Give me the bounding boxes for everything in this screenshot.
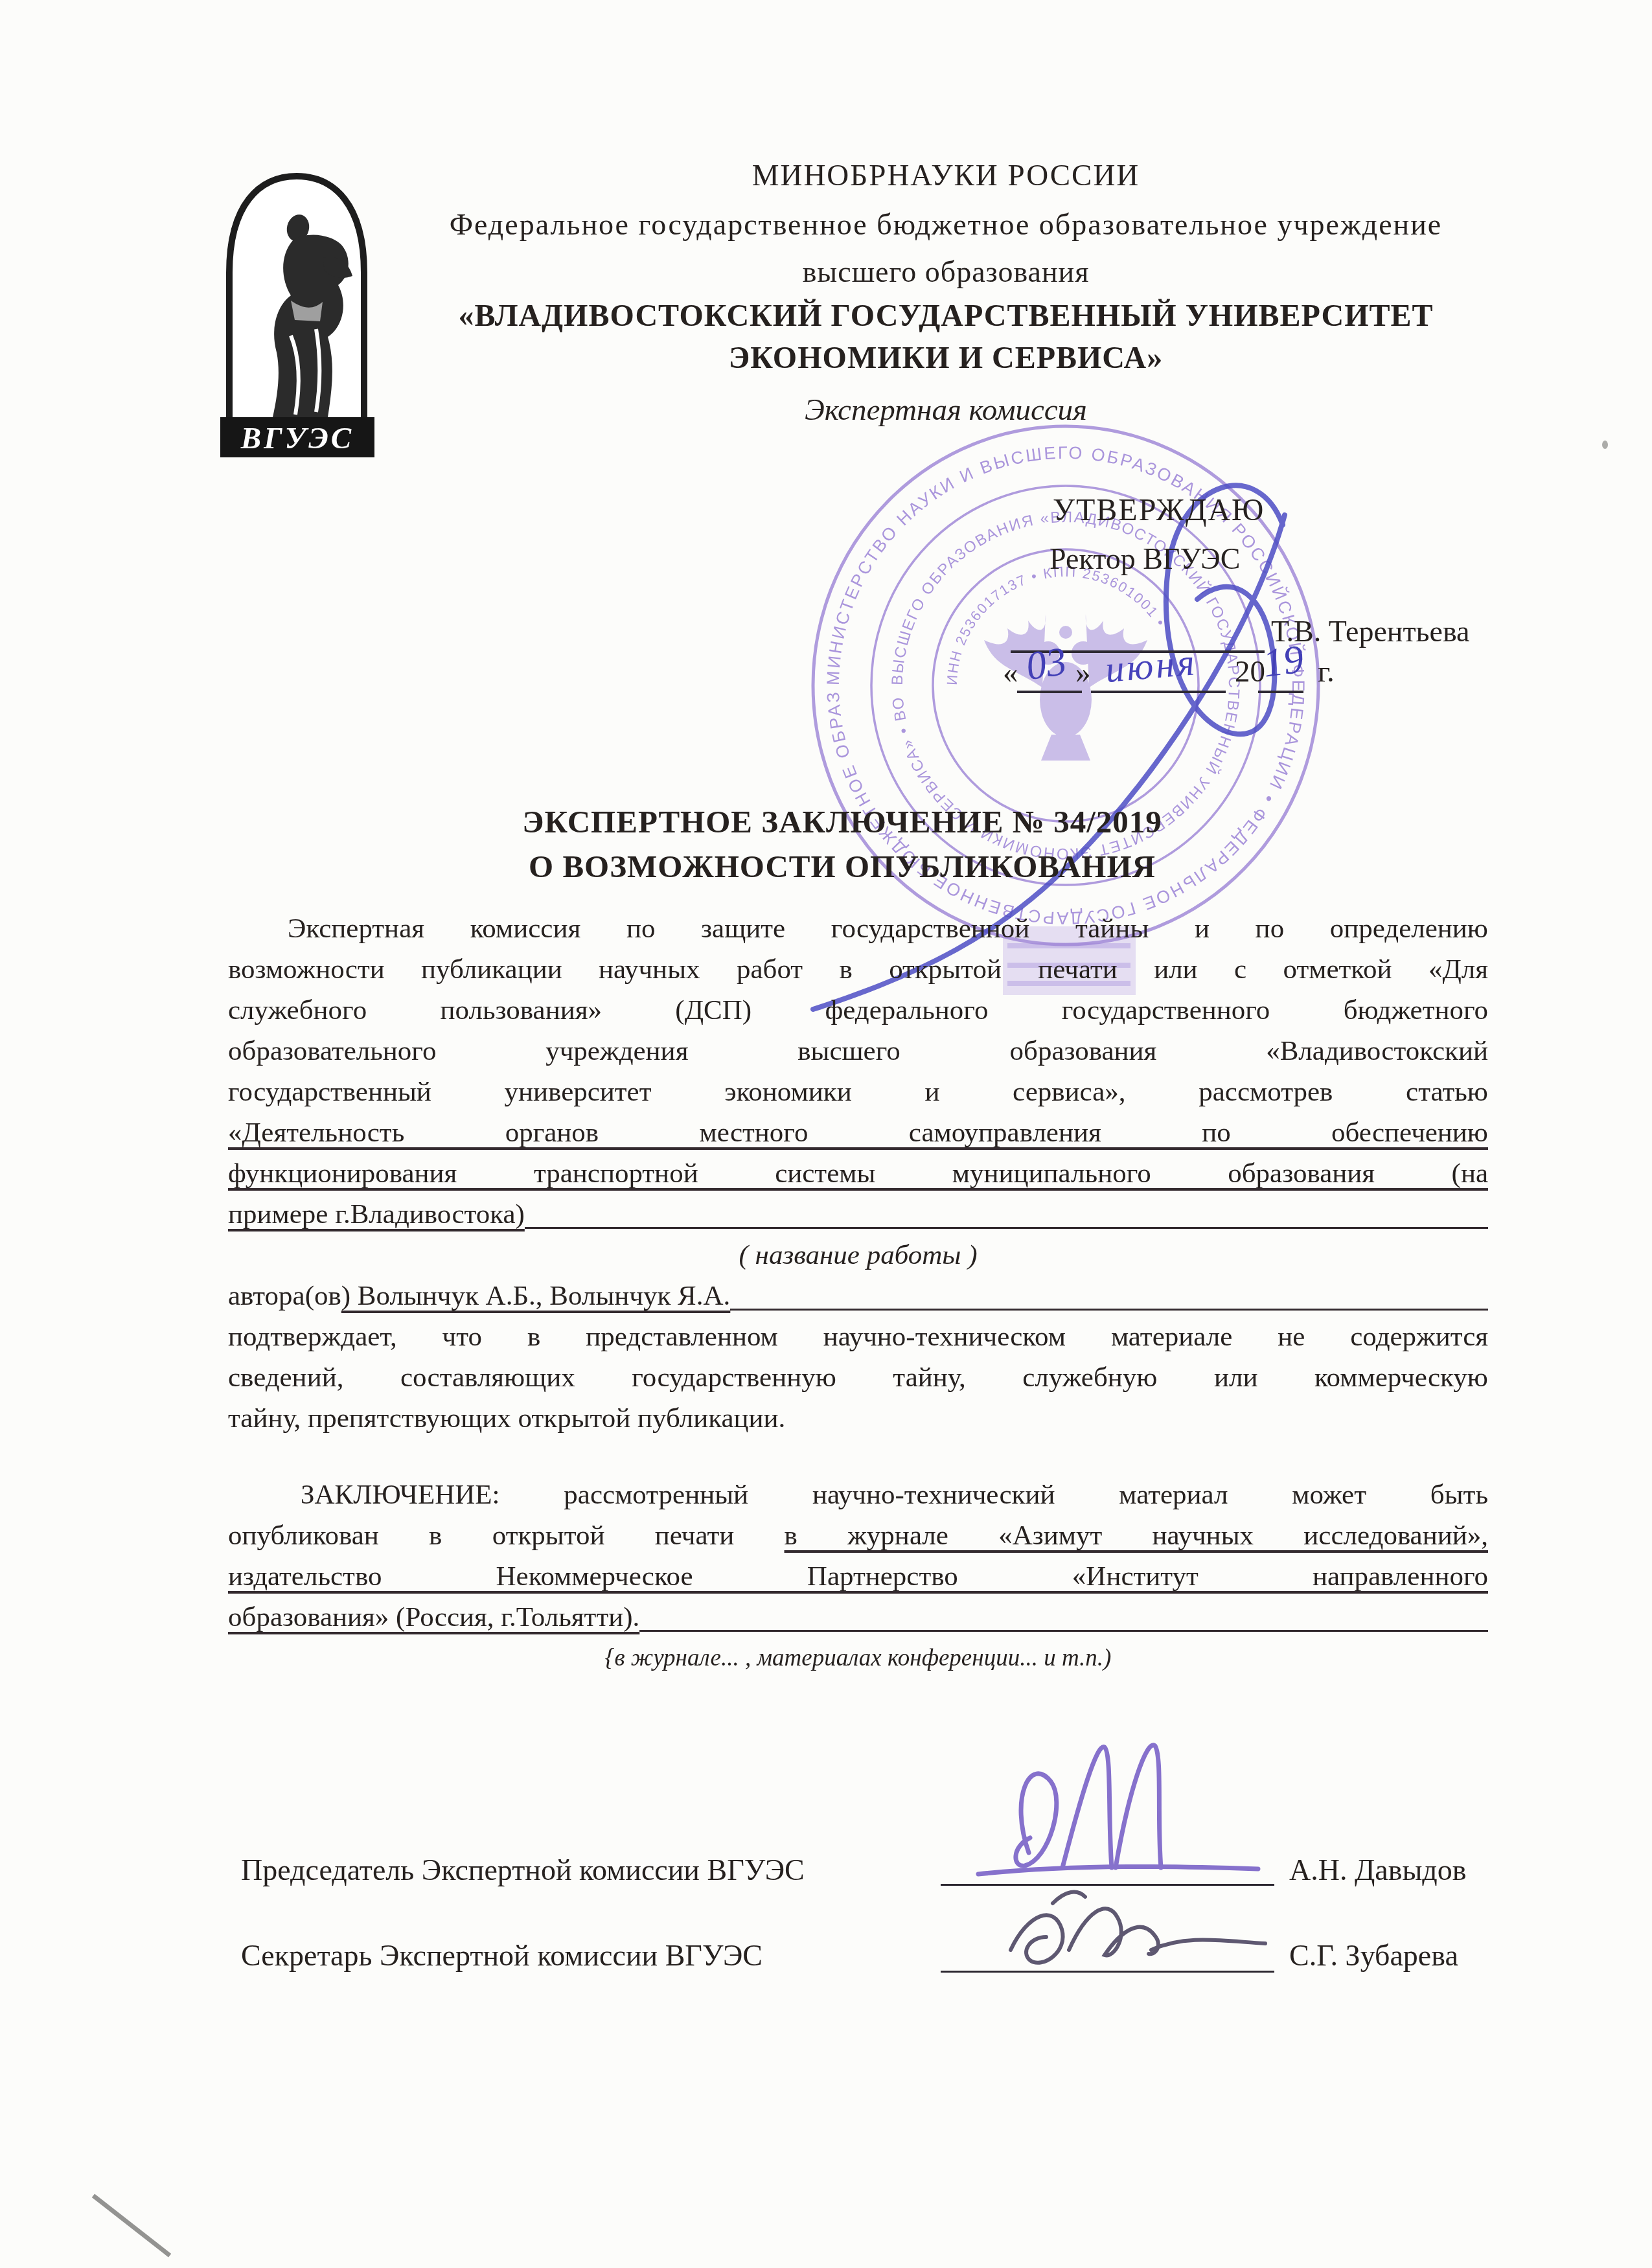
body-line: образования» (Россия, г.Тольятти). [228,1597,1488,1638]
body-line: опубликован в открытой печати в журнале … [228,1515,1488,1556]
body-text: тайну, препятствующих открытой публикаци… [228,1403,785,1434]
scan-corner-mark [92,2194,172,2258]
university-logo: ВГУЭС [212,166,384,464]
institution-line-2: высшего образования [363,255,1529,289]
chairman-name: А.Н. Давыдов [1289,1853,1466,1887]
body-text-underlined: примере г.Владивостока) [228,1194,525,1235]
body-text: государственный университет экономики и … [228,1077,1488,1107]
body-line: ЗАКЛЮЧЕНИЕ: рассмотренный научно-техниче… [228,1474,1488,1515]
body-text: {в журнале... , материалах конференции..… [605,1645,1112,1671]
body-line: автора(ов) Волынчук А.Б., Волынчук Я.А. [228,1276,1488,1316]
rector-label: Ректор ВГУЭС [1050,542,1240,576]
body-line: Экспертная комиссия по защите государств… [228,908,1488,949]
title-line-1: ЭКСПЕРТНОЕ ЗАКЛЮЧЕНИЕ № 34/2019 [194,803,1490,840]
body-text: Экспертная комиссия по защите государств… [288,913,1488,944]
body-text-underlined: образования» (Россия, г.Тольятти). [228,1597,639,1638]
document-title: ЭКСПЕРТНОЕ ЗАКЛЮЧЕНИЕ № 34/2019 О ВОЗМОЖ… [194,803,1490,893]
body-line: функционирования транспортной системы му… [228,1153,1488,1194]
body-line: {в журнале... , материалах конференции..… [228,1638,1488,1678]
body-text-underlined: функционирования транспортной системы му… [228,1158,1488,1189]
body-text: автора(ов [228,1276,341,1316]
secretary-label: Секретарь Экспертной комиссии ВГУЭС [241,1938,763,1973]
body-line: образовательного учреждения высшего обра… [228,1031,1488,1071]
scan-speck [1602,441,1608,449]
body-line: «Деятельность органов местного самоуправ… [228,1112,1488,1153]
body-text: возможности публикации научных работ в о… [228,954,1488,985]
body-line: сведений, составляющих государственную т… [228,1357,1488,1398]
body-line: служебного пользования» (ДСП) федерально… [228,990,1488,1031]
body-line: издательство Некоммерческое Партнерство … [228,1556,1488,1597]
date-year-suffix: г. [1318,654,1335,689]
body-line: государственный университет экономики и … [228,1071,1488,1112]
body-line: примере г.Владивостока) [228,1194,1488,1235]
date-month-underline [1091,657,1226,693]
body-text-underlined: «Деятельность органов местного самоуправ… [228,1117,1488,1148]
institution-line-1: Федеральное государственное бюджетное об… [363,207,1529,242]
body-line: тайну, препятствующих открытой публикаци… [228,1398,1488,1439]
document-header: МИНОБРНАУКИ РОССИИ Федеральное государст… [363,158,1529,428]
ministry-line: МИНОБРНАУКИ РОССИИ [363,158,1529,193]
chairman-signature [952,1720,1276,1885]
body-text: подтверждает, что в представленном научн… [228,1322,1488,1352]
body-text: опубликован в открытой печати [228,1520,785,1551]
approve-label: УТВЕРЖДАЮ [1053,492,1265,528]
body-text: служебного пользования» (ДСП) федерально… [228,995,1488,1025]
body-text: образовательного учреждения высшего обра… [228,1036,1488,1066]
blank-underline [730,1276,1488,1316]
university-name-2: ЭКОНОМИКИ И СЕРВИСА» [363,340,1529,376]
body: Экспертная комиссия по защите государств… [228,908,1488,1678]
body-line [228,1439,1488,1474]
body-line: возможности публикации научных работ в о… [228,949,1488,990]
body-text-underlined: в журнале «Азимут научных исследований», [785,1520,1488,1551]
date-year-underline [1258,657,1303,693]
body-line: подтверждает, что в представленном научн… [228,1316,1488,1357]
body-text-underlined: ) Волынчук А.Б., Волынчук Я.А. [341,1276,731,1316]
chairman-label: Председатель Экспертной комиссии ВГУЭС [241,1853,805,1887]
body-text-underlined: издательство Некоммерческое Партнерство … [228,1561,1488,1592]
blank-underline [525,1194,1488,1235]
date-quote-open: « [1003,656,1018,691]
logo-label: ВГУЭС [240,422,354,455]
university-name-1: «ВЛАДИВОСТОКСКИЙ ГОСУДАРСТВЕННЫЙ УНИВЕРС… [363,298,1529,334]
secretary-signature [975,1877,1279,1975]
body-text: ( название работы ) [739,1240,977,1270]
body-line: ( название работы ) [228,1235,1488,1276]
scanned-document-page: ВГУЭС МИНОБРНАУКИ РОССИИ Федеральное гос… [0,0,1652,2268]
body-text: ЗАКЛЮЧЕНИЕ: рассмотренный научно-техниче… [301,1480,1488,1510]
secretary-name: С.Г. Зубарева [1289,1938,1458,1973]
date-day-underline [1017,657,1082,693]
blank-underline [639,1597,1488,1638]
title-line-2: О ВОЗМОЖНОСТИ ОПУБЛИКОВАНИЯ [194,848,1490,885]
body-text: сведений, составляющих государственную т… [228,1362,1488,1393]
